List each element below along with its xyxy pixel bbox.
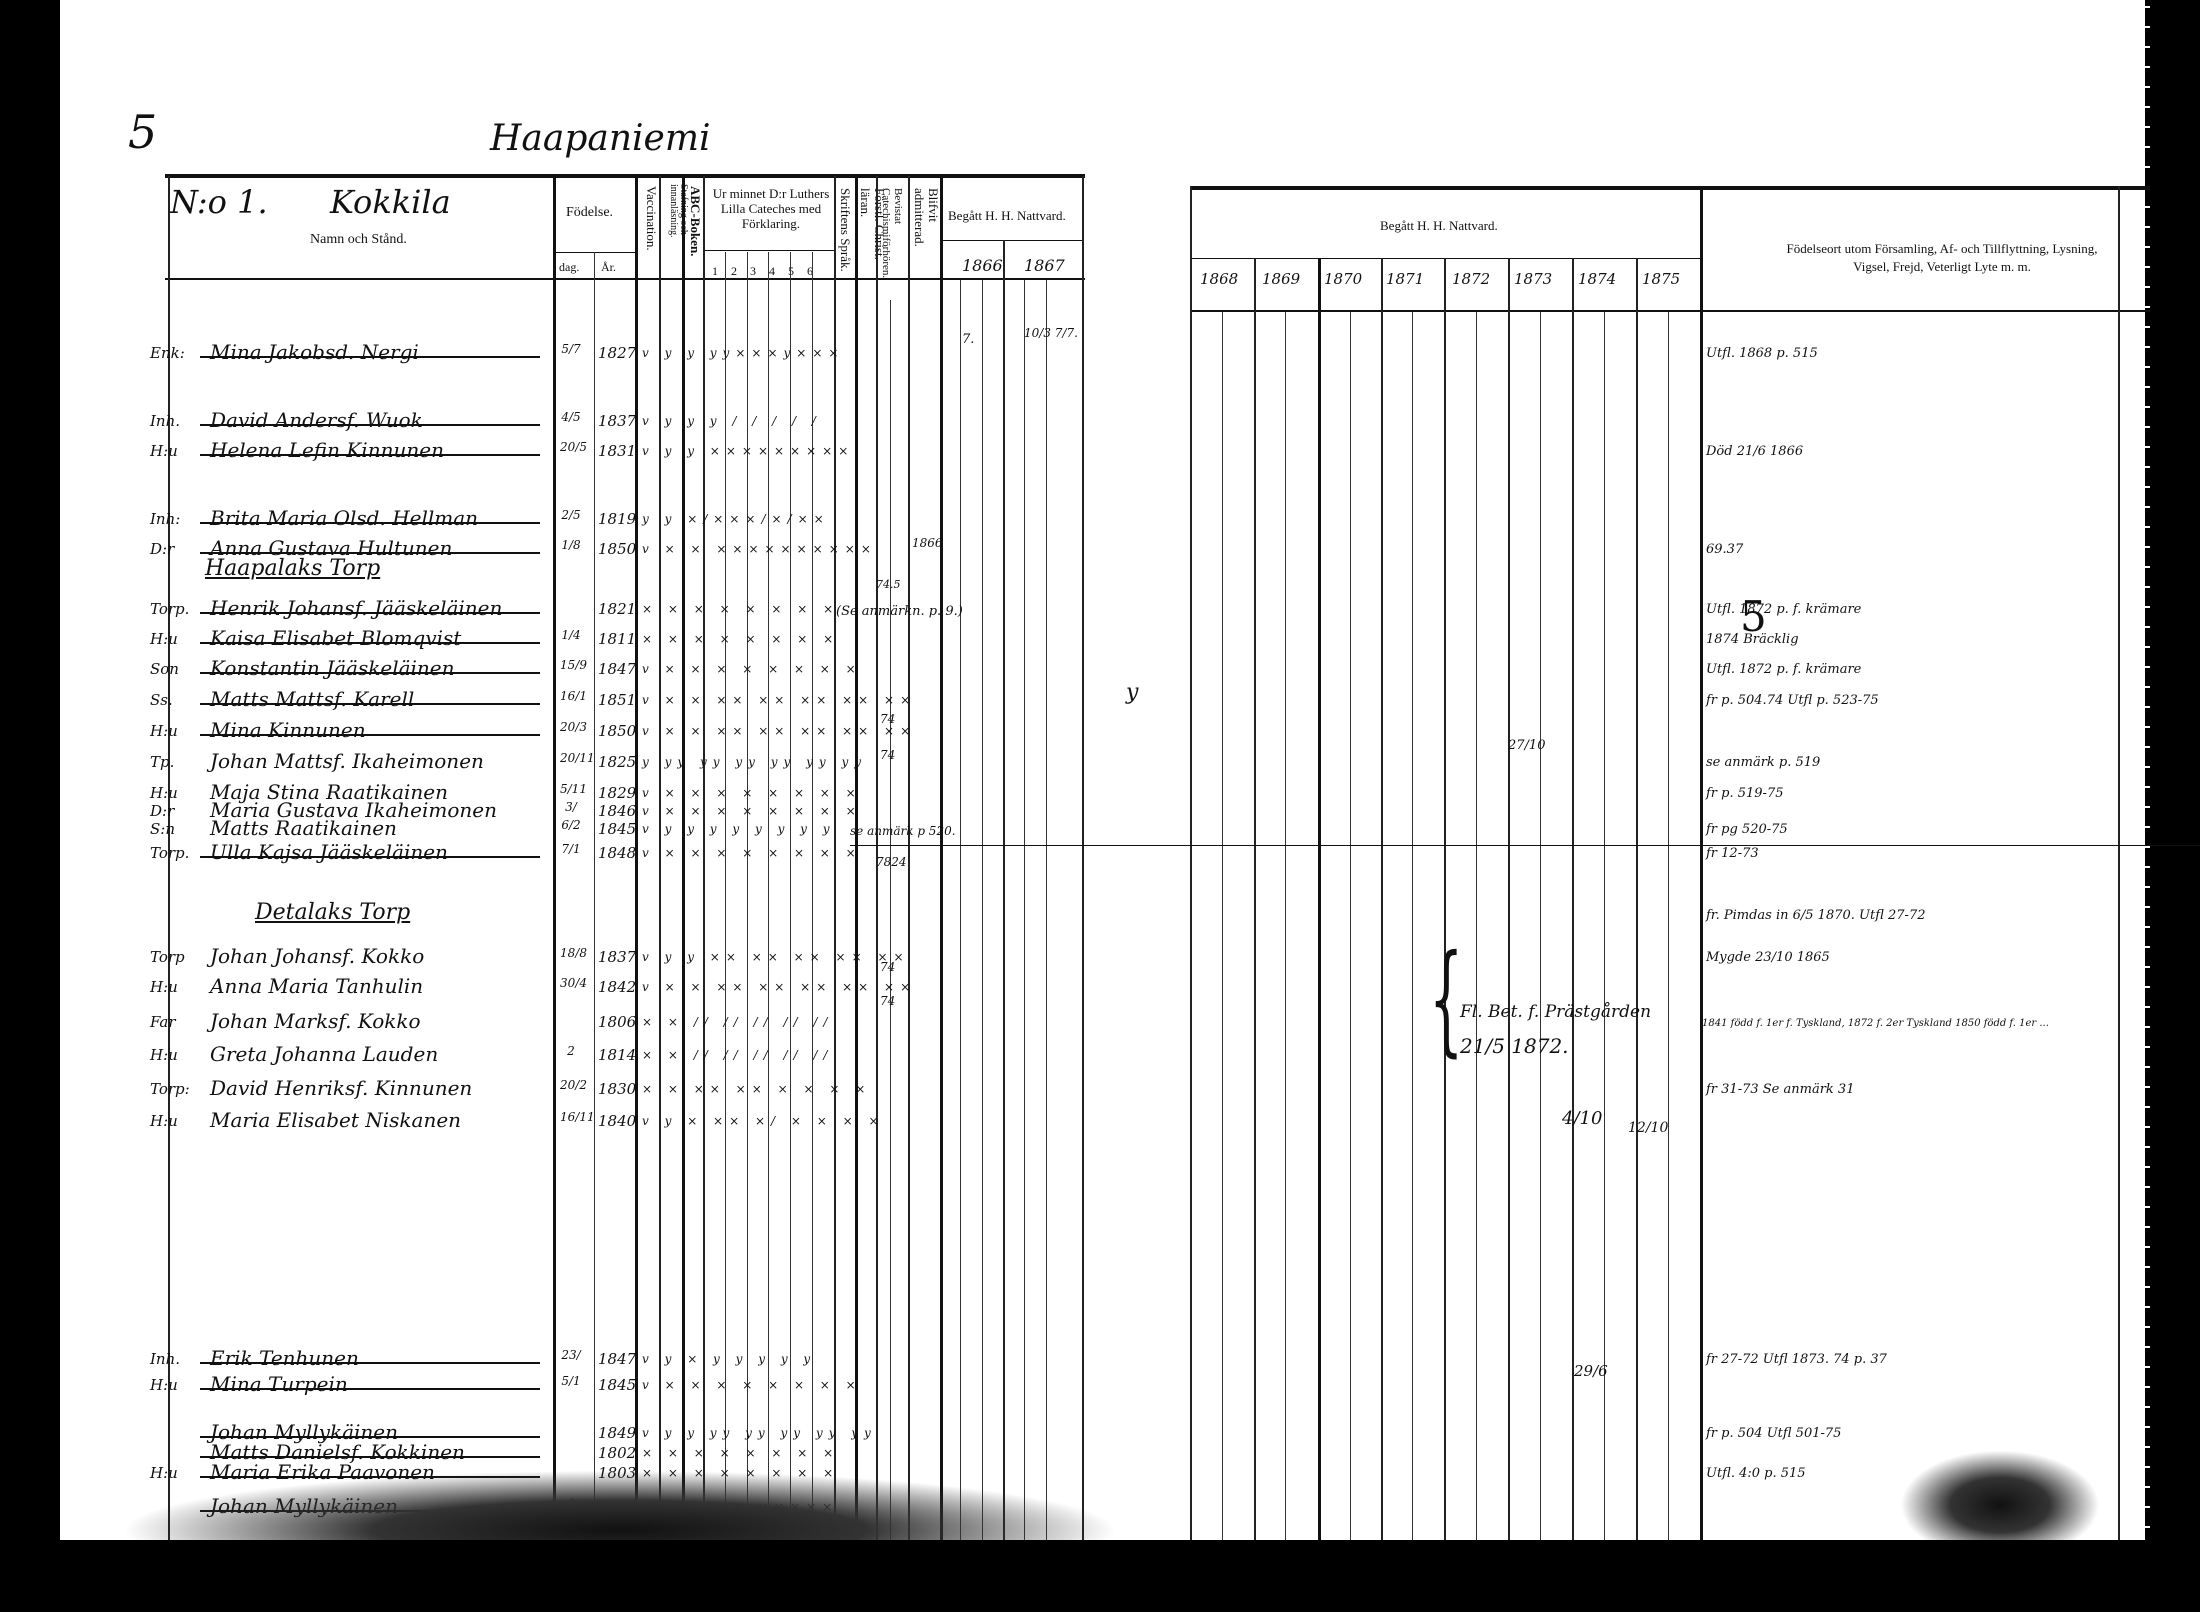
entry-status: Inh: bbox=[150, 510, 180, 528]
strike-through bbox=[200, 1362, 540, 1364]
left-page-right-rule bbox=[1082, 176, 1084, 1556]
r-rule-11 bbox=[1540, 312, 1541, 1552]
entry-birth-day: 20/5 bbox=[560, 442, 582, 453]
exam-value-2: 74 bbox=[880, 712, 895, 726]
entry-birth-year: 1849 bbox=[598, 1424, 636, 1442]
scripture-header: Skriftens Språk. bbox=[838, 188, 852, 276]
communion-header-left: Begått H. H. Nattvard. bbox=[948, 208, 1066, 224]
r-rule-10 bbox=[1508, 258, 1510, 1548]
entry-birth-year: 1802 bbox=[598, 1444, 636, 1462]
entry-marks: v y × ×× ×/ × × × × bbox=[642, 1114, 885, 1128]
entry-marks: × × // // // // // bbox=[642, 1048, 833, 1062]
communion-note-b: 21/5 1872. bbox=[1460, 1034, 1569, 1058]
strike-through bbox=[200, 672, 540, 674]
exam-value-4: 7824 bbox=[876, 855, 907, 869]
entry-status: H:u bbox=[150, 1046, 178, 1064]
entry-status: H:u bbox=[150, 1112, 178, 1130]
admitted-year: 1866 bbox=[912, 536, 943, 550]
spine-mark: y bbox=[1126, 680, 1138, 705]
entry-birth-year: 1831 bbox=[598, 442, 636, 460]
entry-marks: y y ×/×××/×/×× bbox=[642, 512, 830, 526]
entry-birth-day: 23/ bbox=[560, 1350, 582, 1361]
entry-name: Konstantin Jääskeläinen bbox=[210, 656, 455, 680]
abc-book-header: ABC-Boken. bbox=[688, 186, 702, 276]
strike-through bbox=[200, 454, 540, 456]
exam-value-6: 74 bbox=[880, 994, 895, 1008]
name-column-header: Namn och Stånd. bbox=[310, 232, 407, 248]
entry-status: Torp bbox=[150, 948, 185, 966]
birth-sub-rule bbox=[555, 252, 635, 253]
entry-name: Henrik Johansf. Jääskeläinen bbox=[210, 596, 502, 620]
rule-cat-1 bbox=[703, 176, 705, 1556]
entry-status: Son bbox=[150, 660, 179, 678]
entry-birth-day: 20/2 bbox=[560, 1080, 582, 1091]
entry-remark: fr 27-72 Utfl 1873. 74 p. 37 bbox=[1706, 1352, 1887, 1367]
year-1866: 1866 bbox=[962, 256, 1003, 275]
entry-name: David Andersf. Wuok bbox=[210, 408, 423, 432]
rule-comm-3 bbox=[1024, 280, 1025, 1550]
scan-shadow-bottom bbox=[60, 1540, 2150, 1612]
catechism-part-4: 4 bbox=[769, 264, 788, 278]
catechism-note: (Se anmärkn. p. 9.) bbox=[836, 604, 963, 619]
year-1872: 1872 bbox=[1452, 270, 1490, 288]
entry-status: H:u bbox=[150, 1376, 178, 1394]
remarks-header: Födelseort utom Församling, Af- och Till… bbox=[1782, 240, 2102, 276]
entry-birth-year: 1845 bbox=[598, 1376, 636, 1394]
strike-through bbox=[200, 424, 540, 426]
r-rule-remarks bbox=[1700, 186, 1703, 1546]
entry-name: Johan Johansf. Kokko bbox=[210, 944, 424, 968]
communion-header-right: Begått H. H. Nattvard. bbox=[1380, 218, 1498, 234]
entry-birth-year: 1811 bbox=[598, 630, 636, 648]
communion-1866-value: 7. bbox=[962, 332, 974, 347]
birth-header: Födelse. bbox=[566, 205, 613, 221]
entry-birth-day: 7/1 bbox=[560, 844, 582, 855]
catechism-sub-rule bbox=[704, 250, 836, 251]
catechism-part-3: 3 bbox=[750, 264, 769, 278]
r-rule-1 bbox=[1222, 312, 1223, 1552]
year-1868: 1868 bbox=[1200, 270, 1238, 288]
entry-birth-year: 1851 bbox=[598, 691, 636, 709]
entry-remark: fr p. 504.74 Utfl p. 523-75 bbox=[1706, 693, 1879, 708]
entry-birth-day: 20/3 bbox=[560, 722, 582, 733]
entry-marks: v y y yy×××y××× bbox=[642, 346, 844, 360]
entry-remark: fr p. 504 Utfl 501-75 bbox=[1706, 1426, 1841, 1441]
exam-value-1: 74.5 bbox=[876, 578, 901, 591]
rule-abc bbox=[682, 176, 685, 1556]
right-page-right-rule bbox=[2118, 186, 2120, 1546]
entry-status: H:u bbox=[150, 784, 178, 802]
entry-remark: 69.37 bbox=[1706, 542, 1743, 557]
entry-marks: y yy yy yy yy yy yy bbox=[642, 755, 867, 769]
entry-name: Ulla Kajsa Jääskeläinen bbox=[210, 840, 448, 864]
entry-birth-day: 15/9 bbox=[560, 660, 582, 671]
entry-birth-year: 1825 bbox=[598, 753, 636, 771]
entry-name: Erik Tenhunen bbox=[210, 1346, 359, 1370]
entry-birth-day: 5/1 bbox=[560, 1376, 582, 1387]
entry-birth-day: 30/4 bbox=[560, 978, 582, 989]
strike-through bbox=[200, 1456, 540, 1458]
entry-name: Helena Lefin Kinnunen bbox=[210, 438, 444, 462]
year-1873: 1873 bbox=[1514, 270, 1552, 288]
exam-value-3: 74 bbox=[880, 748, 895, 762]
entry-remark: fr pg 520-75 bbox=[1706, 822, 1788, 837]
entry-status: D:r bbox=[150, 540, 174, 558]
entry-status: Inh. bbox=[150, 412, 180, 430]
r-rule-4 bbox=[1318, 258, 1321, 1548]
entry-birth-year: 1806 bbox=[598, 1013, 636, 1031]
entry-remark: Död 21/6 1866 bbox=[1706, 444, 1803, 459]
entry-name: Mina Turpein bbox=[210, 1372, 348, 1396]
entry-status: S:n bbox=[150, 820, 175, 838]
entry-birth-year: 1837 bbox=[598, 412, 636, 430]
rule-scripture bbox=[834, 176, 836, 1556]
entry-remark: Utfl. 1868 p. 515 bbox=[1706, 346, 1818, 361]
entry-marks: v y × y y y y y bbox=[642, 1352, 816, 1366]
entry-birth-year: 1821 bbox=[598, 600, 636, 618]
entry-birth-day: 5/7 bbox=[560, 344, 582, 355]
entry-marks: v × × × × × × × × bbox=[642, 846, 862, 860]
entry-marks: v × × × × × × × × bbox=[642, 786, 862, 800]
entry-status: Tp. bbox=[150, 753, 174, 771]
entry-birth-day: 4/5 bbox=[560, 412, 582, 423]
fraction-12-10: 12/10 bbox=[1628, 1120, 1668, 1136]
strike-through bbox=[200, 356, 540, 358]
catechism-part-6: 6 bbox=[807, 264, 826, 278]
entry-birth-year: 1814 bbox=[598, 1046, 636, 1064]
strike-through bbox=[200, 703, 540, 705]
entry-name: Mina Kinnunen bbox=[210, 718, 366, 742]
r-rule-15 bbox=[1668, 312, 1669, 1552]
entry-birth-day: 1/8 bbox=[560, 540, 582, 551]
r-rule-8 bbox=[1444, 258, 1446, 1548]
entry-name: Matts Mattsf. Karell bbox=[210, 687, 414, 711]
r-rule-14 bbox=[1636, 258, 1638, 1548]
entry-name: David Henriksf. Kinnunen bbox=[210, 1076, 472, 1100]
margin-note: se anmärk p 520. bbox=[850, 824, 956, 838]
year-1870: 1870 bbox=[1324, 270, 1362, 288]
entry-birth-day: 16/11 bbox=[560, 1112, 582, 1123]
entry-marks: v y y ××××××××× bbox=[642, 444, 854, 458]
entry-marks: × × × × × × × × bbox=[642, 1446, 839, 1460]
entry-status: H:u bbox=[150, 722, 178, 740]
r-rule-6 bbox=[1381, 258, 1383, 1548]
rule-admit bbox=[908, 176, 910, 1556]
rule-exam-sub bbox=[890, 300, 891, 1550]
r-rule-5 bbox=[1350, 312, 1351, 1552]
rule-birth-mid bbox=[594, 252, 595, 1552]
r-rule-7 bbox=[1412, 312, 1413, 1552]
section-title-detalaks: Detalaks Torp bbox=[255, 900, 410, 925]
rule-christ bbox=[855, 176, 858, 1556]
vaccination-header: Vaccination. bbox=[644, 186, 658, 276]
entry-birth-year: 1846 bbox=[598, 802, 636, 820]
r-rule-12 bbox=[1572, 258, 1574, 1548]
entry-birth-year: 1847 bbox=[598, 1350, 636, 1368]
entry-birth-day: 5/11 bbox=[560, 784, 582, 795]
entry-remark: fr 31-73 Se anmärk 31 bbox=[1706, 1082, 1854, 1097]
entry-remark: se anmärk p. 519 bbox=[1706, 755, 1820, 770]
strike-through bbox=[200, 522, 540, 524]
rule-comm-mid bbox=[1003, 240, 1005, 1550]
rule-vacc bbox=[635, 176, 638, 1556]
entry-marks: v × × × × × × × × bbox=[642, 662, 862, 676]
entry-remark: Utfl. 4:0 p. 515 bbox=[1706, 1466, 1806, 1481]
entry-birth-year: 1850 bbox=[598, 540, 636, 558]
header-bottom-rule bbox=[165, 278, 1085, 280]
entry-marks: v y y y y y y y y bbox=[642, 822, 836, 836]
r-rule-2 bbox=[1254, 258, 1256, 1548]
entry-birth-year: 1850 bbox=[598, 722, 636, 740]
year-1875: 1875 bbox=[1642, 270, 1680, 288]
entry-marks: v y y yy yy yy yy yy bbox=[642, 1426, 877, 1440]
entry-remark: Utfl. 1872 p. f. krämare bbox=[1706, 662, 1861, 677]
entry-status: D:r bbox=[150, 802, 174, 820]
strike-through bbox=[200, 856, 540, 858]
rule-comm-2 bbox=[982, 280, 983, 1550]
catechism-header: Ur minnet D:r Luthers Lilla Cateches med… bbox=[706, 186, 836, 231]
entry-marks: v × × × × × × × × bbox=[642, 804, 862, 818]
right-header-bottom-rule bbox=[1190, 310, 2150, 312]
strike-through bbox=[200, 612, 540, 614]
fraction-27-10: 27/10 bbox=[1508, 738, 1545, 753]
entry-name: Mina Jakobsd. Nergi bbox=[210, 340, 419, 364]
margin-note-rule bbox=[850, 845, 2200, 846]
entry-status: Torp: bbox=[150, 1080, 190, 1098]
strike-through bbox=[200, 734, 540, 736]
entry-birth-year: 1829 bbox=[598, 784, 636, 802]
entry-remark: fr p. 519-75 bbox=[1706, 786, 1784, 801]
village-name: Haapaniemi bbox=[490, 118, 710, 159]
rule-comm bbox=[940, 176, 943, 1556]
entry-status: Far bbox=[150, 1013, 176, 1031]
entry-status: Torp. bbox=[150, 600, 189, 618]
entry-birth-day: 1/4 bbox=[560, 630, 582, 641]
communion-sub-rule bbox=[942, 240, 1082, 241]
entry-marks: v × × ×× ×× ×× ×× ×× bbox=[642, 693, 916, 707]
communion-1867-value: 10/3 7/7. bbox=[1024, 326, 1078, 340]
strike-through bbox=[200, 642, 540, 644]
stray-mark: 5 bbox=[1740, 592, 1767, 641]
entry-birth-year: 1837 bbox=[598, 948, 636, 966]
entry-name: Johan Marksf. Kokko bbox=[210, 1009, 421, 1033]
section-title-haapalaks: Haapalaks Torp bbox=[205, 556, 380, 581]
household-number: N:o 1. bbox=[170, 183, 268, 221]
entry-birth-year: 1842 bbox=[598, 978, 636, 996]
entry-birth-day: 20/11 bbox=[560, 753, 582, 764]
entry-name: Matts Raatikainen bbox=[210, 816, 397, 840]
entry-marks: v × × ×× ×× ×× ×× ×× bbox=[642, 724, 916, 738]
entry-status: Torp. bbox=[150, 844, 189, 862]
page-edge-shadow bbox=[2150, 0, 2200, 1612]
year-1869: 1869 bbox=[1262, 270, 1300, 288]
entry-status: H:u bbox=[150, 442, 178, 460]
entry-marks: × × ×× ×× × × × × bbox=[642, 1082, 871, 1096]
entry-status: H:u bbox=[150, 630, 178, 648]
remark-pimdas: fr. Pimdas in 6/5 1870. Utfl 27-72 bbox=[1706, 908, 1926, 923]
rule-comm-1 bbox=[960, 280, 961, 1550]
entry-marks: × × // // // // // bbox=[642, 1015, 833, 1029]
entry-marks: v × × × × × × × × bbox=[642, 1378, 862, 1392]
birth-day-header: dag. bbox=[559, 260, 579, 275]
fraction-29-6: 29/6 bbox=[1574, 1362, 1608, 1380]
rule-comm-4 bbox=[1046, 280, 1047, 1550]
rule-reading bbox=[659, 176, 661, 1556]
entry-marks: v × × ×××××××××× bbox=[642, 542, 877, 556]
entry-name: Johan Mattsf. Ikaheimonen bbox=[210, 749, 484, 773]
entry-marks: v × × ×× ×× ×× ×× ×× bbox=[642, 980, 916, 994]
entry-birth-year: 1848 bbox=[598, 844, 636, 862]
entry-birth-year: 1847 bbox=[598, 660, 636, 678]
remark-long: 1841 född f. 1er f. Tyskland, 1872 f. 2e… bbox=[1702, 1018, 2049, 1029]
entry-birth-year: 1830 bbox=[598, 1080, 636, 1098]
catechism-parts: 123456 bbox=[712, 264, 826, 279]
entry-birth-year: 1845 bbox=[598, 820, 636, 838]
catechism-part-1: 1 bbox=[712, 264, 731, 278]
entry-name: Maria Elisabet Niskanen bbox=[210, 1108, 461, 1132]
entry-marks: v y y ×× ×× ×× ×× ×× bbox=[642, 950, 910, 964]
entry-remark: Mygde 23/10 1865 bbox=[1706, 950, 1830, 965]
r-rule-3 bbox=[1285, 312, 1286, 1552]
strike-through bbox=[200, 1388, 540, 1390]
communion-note-a: Fl. Bet. f. Prästgården bbox=[1460, 1002, 1651, 1022]
reading-header: Stafning och innanläsning. bbox=[668, 184, 688, 276]
entry-birth-year: 1840 bbox=[598, 1112, 636, 1130]
entry-birth-day: 18/8 bbox=[560, 948, 582, 959]
entry-birth-day: 2 bbox=[560, 1046, 582, 1057]
entry-birth-day: 6/2 bbox=[560, 820, 582, 831]
header-top-rule bbox=[165, 174, 1085, 178]
entry-name: Kaisa Elisabet Blomqvist bbox=[210, 626, 461, 650]
strike-through bbox=[200, 1436, 540, 1438]
entry-status: Inh. bbox=[150, 1350, 180, 1368]
brace-mark: { bbox=[1429, 940, 1463, 1060]
entry-marks: × × × × × × × × bbox=[642, 602, 839, 616]
right-header-top-rule bbox=[1190, 186, 2150, 190]
rule-birth-left bbox=[553, 176, 556, 1556]
strike-through bbox=[200, 552, 540, 554]
farm-name: Kokkila bbox=[330, 183, 451, 221]
entry-remark: Utfl. 1872 p. f. krämare bbox=[1706, 602, 1861, 617]
entry-status: H:u bbox=[150, 978, 178, 996]
year-1867: 1867 bbox=[1024, 256, 1065, 275]
birth-year-header: År. bbox=[601, 260, 616, 275]
admitted-header: Blifvit admitterad. bbox=[912, 188, 940, 276]
entry-status: Enk: bbox=[150, 344, 185, 362]
entry-name: Brita Maria Olsd. Hellman bbox=[210, 506, 478, 530]
page-number: 5 bbox=[128, 105, 157, 159]
entry-birth-day: 2/5 bbox=[560, 510, 582, 521]
year-1874: 1874 bbox=[1578, 270, 1616, 288]
right-page-left-rule bbox=[1190, 186, 1192, 1546]
year-1871: 1871 bbox=[1386, 270, 1424, 288]
fraction-4-10: 4/10 bbox=[1562, 1108, 1602, 1129]
entry-marks: v y y y / / / / / bbox=[642, 414, 822, 428]
entry-marks: × × × × × × × × bbox=[642, 632, 839, 646]
entry-birth-year: 1827 bbox=[598, 344, 636, 362]
exam-value-5: 74 bbox=[880, 960, 895, 974]
r-rule-9 bbox=[1476, 312, 1477, 1552]
entry-name: Greta Johanna Lauden bbox=[210, 1042, 438, 1066]
entry-birth-day: 16/1 bbox=[560, 691, 582, 702]
entry-birth-year: 1819 bbox=[598, 510, 636, 528]
entry-name: Anna Maria Tanhulin bbox=[210, 974, 423, 998]
entry-status: Ss. bbox=[150, 691, 173, 709]
catechism-exams-header: Bevistat Catechismiförhören. bbox=[880, 188, 904, 276]
entry-remark: fr 12-73 bbox=[1706, 846, 1759, 861]
entry-birth-day: 3/ bbox=[560, 802, 582, 813]
book-spine bbox=[1115, 0, 1175, 1612]
